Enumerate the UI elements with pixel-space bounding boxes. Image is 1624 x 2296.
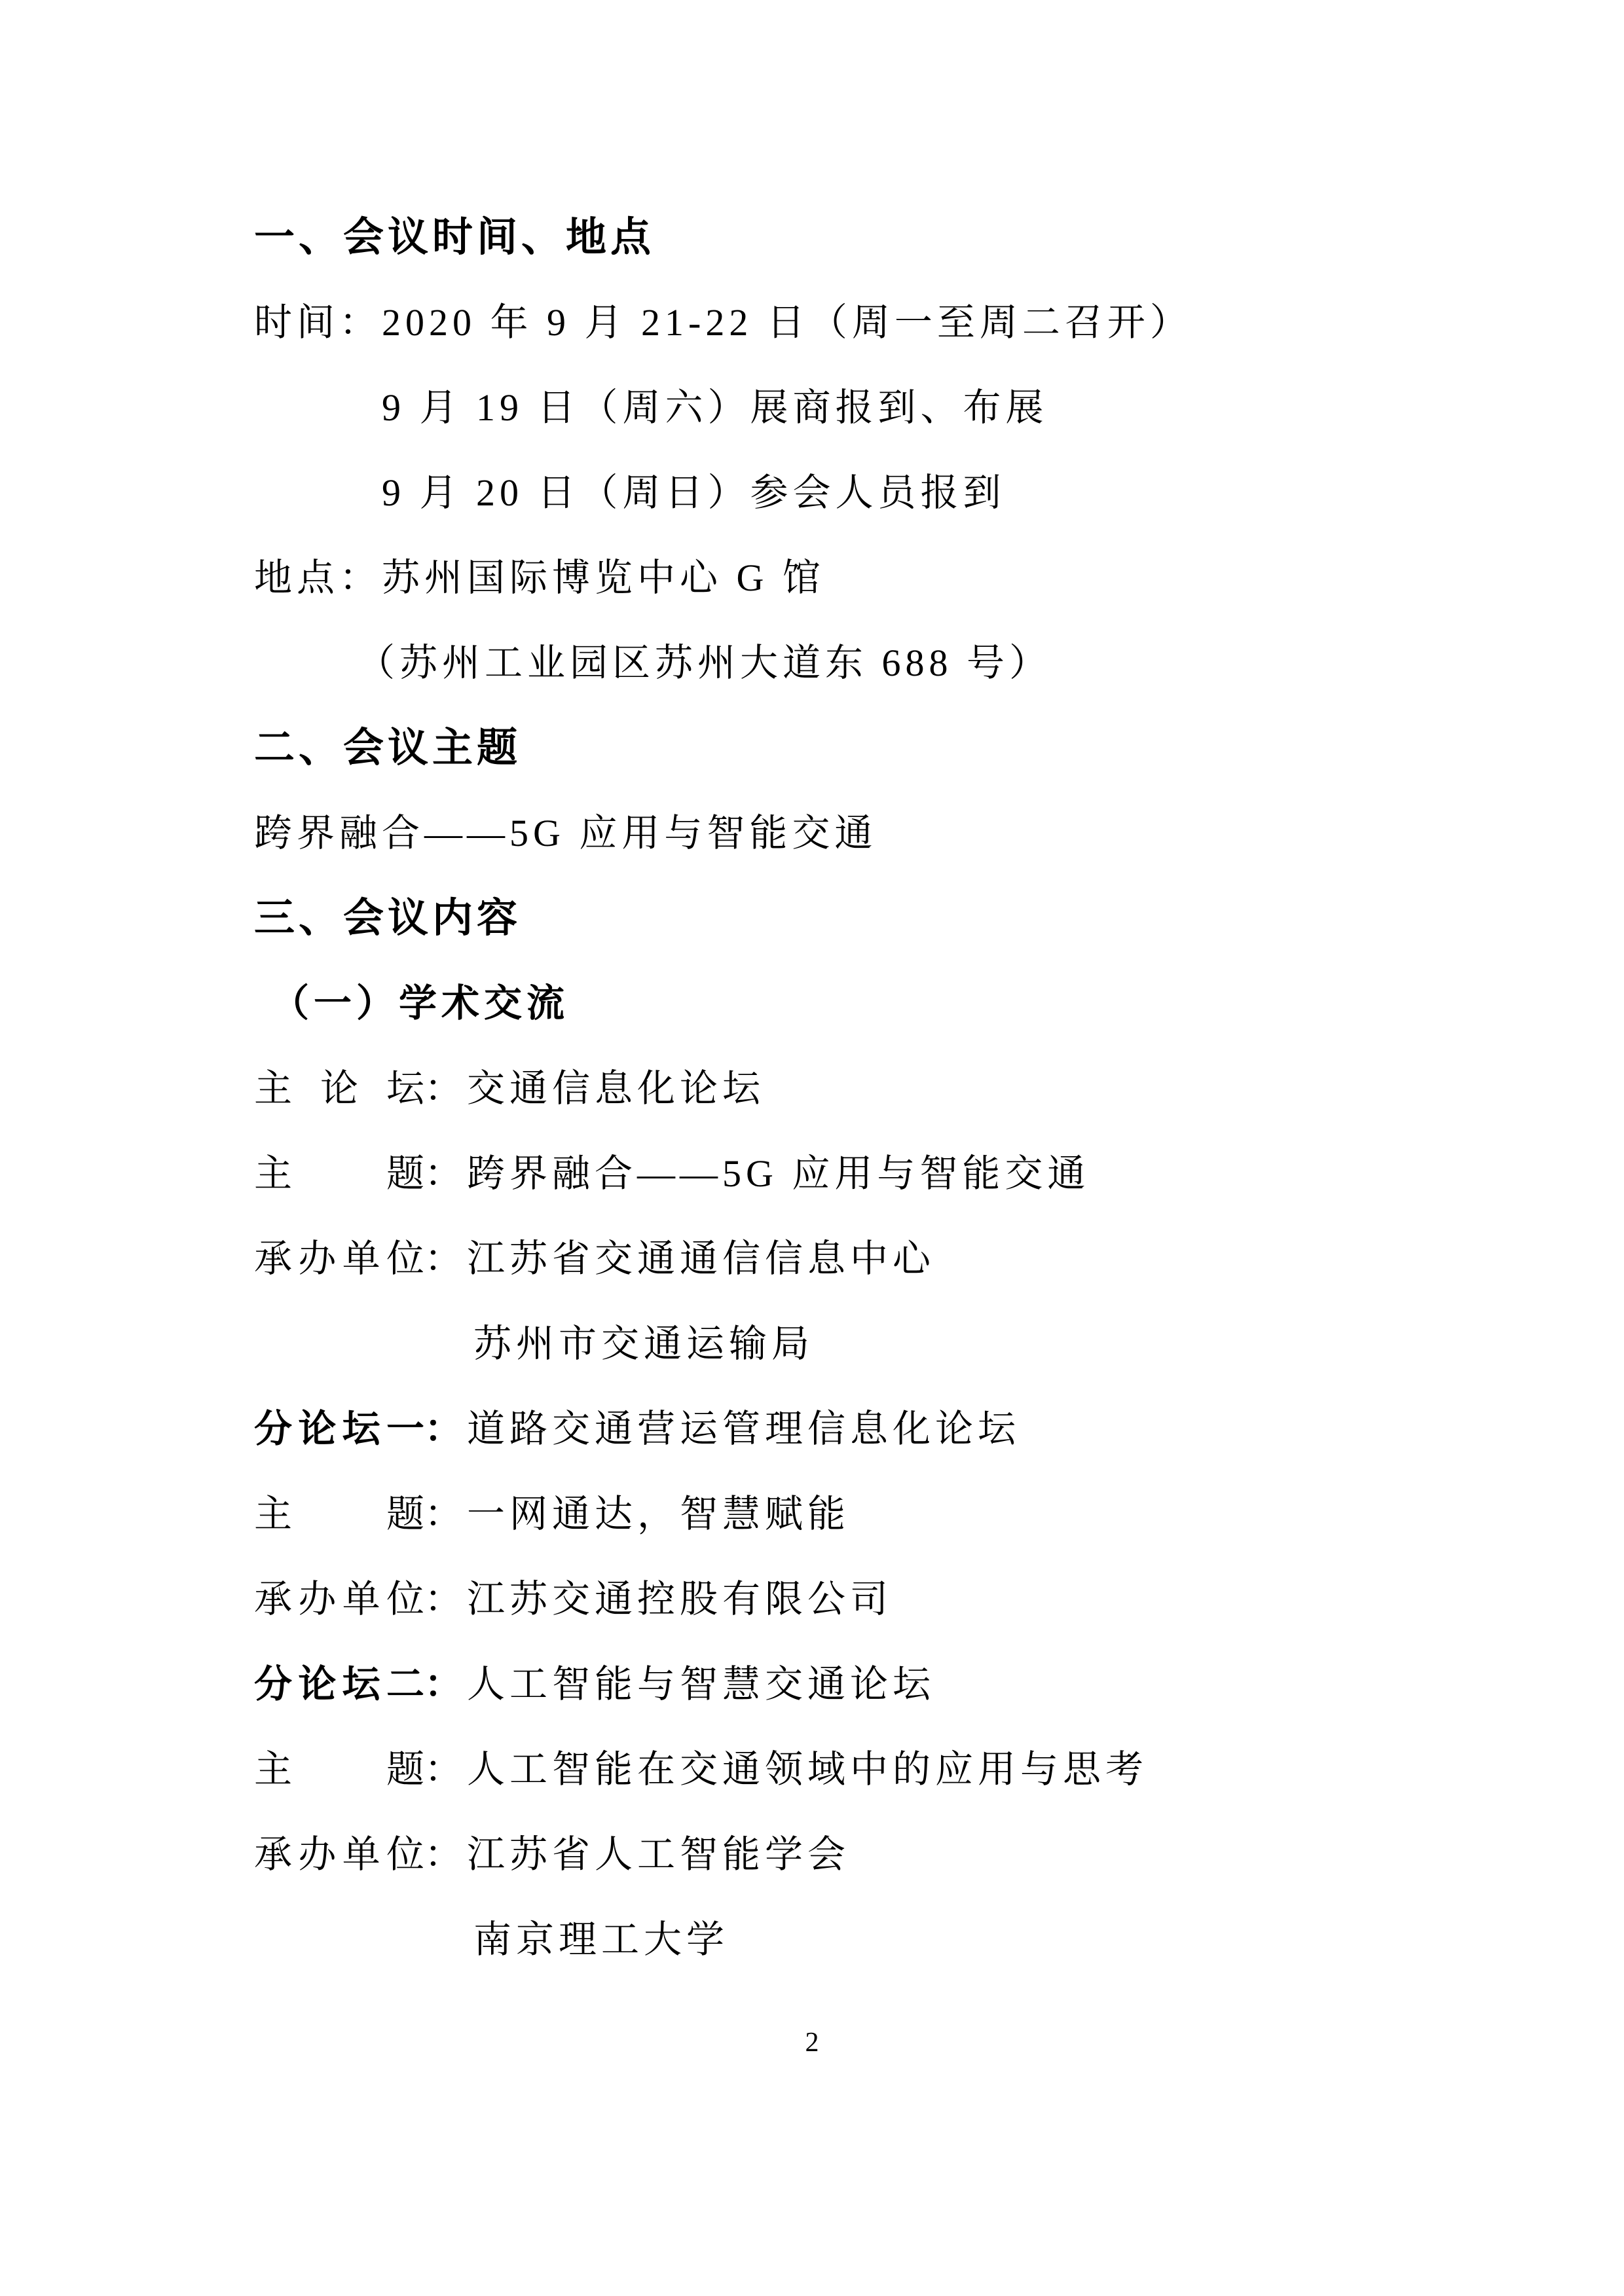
line-subforum-2-organizer-cont: 南京理工大学: [254, 1897, 1526, 1982]
line-main-forum: 主论坛：交通信息化论坛: [254, 1046, 1526, 1131]
line-conference-theme: 跨界融合——5G 应用与智能交通: [254, 791, 1526, 876]
field-label-theme: 主题: [254, 1727, 424, 1812]
document-body: 一、会议时间、地点 时间：2020 年 9 月 21-22 日（周一至周二召开）…: [254, 195, 1526, 1982]
field-value-subforum-2: 人工智能与智慧交通论坛: [467, 1663, 935, 1705]
line-main-forum-organizer: 承办单位：江苏省交通通信信息中心: [254, 1216, 1526, 1302]
line-subforum-2-theme: 主题：人工智能在交通领域中的应用与思考: [254, 1727, 1526, 1812]
line-location-cont: （苏州工业园区苏州大道东 688 号）: [254, 621, 1526, 706]
colon: ：: [424, 1408, 467, 1450]
colon: ：: [424, 1663, 467, 1705]
line-time: 时间：2020 年 9 月 21-22 日（周一至周二召开）: [254, 280, 1526, 365]
field-label-location: 地点: [254, 536, 339, 621]
colon: ：: [339, 301, 382, 344]
field-label-main-forum: 主论坛: [254, 1046, 424, 1131]
field-label-subforum-1: 分论坛一: [254, 1387, 424, 1472]
colon: ：: [424, 1237, 467, 1280]
field-label-organizer: 承办单位: [254, 1812, 424, 1897]
field-value-theme: 跨界融合——5G 应用与智能交通: [467, 1152, 1090, 1195]
colon: ：: [339, 556, 382, 599]
line-location: 地点：苏州国际博览中心 G 馆: [254, 536, 1526, 621]
field-value-organizer: 江苏省交通通信信息中心: [467, 1237, 935, 1280]
line-subforum-2: 分论坛二：人工智能与智慧交通论坛: [254, 1642, 1526, 1727]
line-subforum-1-organizer: 承办单位：江苏交通控股有限公司: [254, 1557, 1526, 1642]
field-value-subforum-1-organizer: 江苏交通控股有限公司: [467, 1578, 893, 1620]
colon: ：: [424, 1067, 467, 1110]
field-value-location: 苏州国际博览中心 G 馆: [382, 556, 825, 599]
field-value-subforum-1-theme: 一网通达，智慧赋能: [467, 1493, 850, 1535]
colon: ：: [424, 1493, 467, 1535]
line-time-cont-1: 9 月 19 日（周六）展商报到、布展: [254, 365, 1526, 450]
field-label-organizer: 承办单位: [254, 1216, 424, 1302]
heading-section-1: 一、会议时间、地点: [254, 195, 1526, 280]
subheading-academic-exchange: （一）学术交流: [254, 961, 1526, 1046]
field-value-main-forum: 交通信息化论坛: [467, 1067, 765, 1110]
line-subforum-1: 分论坛一：道路交通营运管理信息化论坛: [254, 1387, 1526, 1472]
line-main-forum-organizer-cont: 苏州市交通运输局: [254, 1302, 1526, 1387]
colon: ：: [424, 1748, 467, 1791]
heading-section-2: 二、会议主题: [254, 706, 1526, 791]
field-label-subforum-2: 分论坛二: [254, 1642, 424, 1727]
field-label-theme: 主题: [254, 1472, 424, 1557]
page-number: 2: [0, 2027, 1624, 2058]
line-main-forum-theme: 主题：跨界融合——5G 应用与智能交通: [254, 1131, 1526, 1216]
field-value-subforum-2-organizer: 江苏省人工智能学会: [467, 1833, 850, 1876]
field-value-subforum-1: 道路交通营运管理信息化论坛: [467, 1408, 1020, 1450]
document-page: 一、会议时间、地点 时间：2020 年 9 月 21-22 日（周一至周二召开）…: [0, 0, 1624, 2296]
field-value-time: 2020 年 9 月 21-22 日（周一至周二召开）: [382, 301, 1192, 344]
colon: ：: [424, 1833, 467, 1876]
line-subforum-1-theme: 主题：一网通达，智慧赋能: [254, 1472, 1526, 1557]
colon: ：: [424, 1152, 467, 1195]
line-subforum-2-organizer: 承办单位：江苏省人工智能学会: [254, 1812, 1526, 1897]
line-time-cont-2: 9 月 20 日（周日）参会人员报到: [254, 450, 1526, 536]
colon: ：: [424, 1578, 467, 1620]
heading-section-3: 三、会议内容: [254, 876, 1526, 961]
field-label-theme: 主题: [254, 1131, 424, 1216]
field-value-subforum-2-theme: 人工智能在交通领域中的应用与思考: [467, 1748, 1148, 1791]
field-label-time: 时间: [254, 280, 339, 365]
field-label-organizer: 承办单位: [254, 1557, 424, 1642]
